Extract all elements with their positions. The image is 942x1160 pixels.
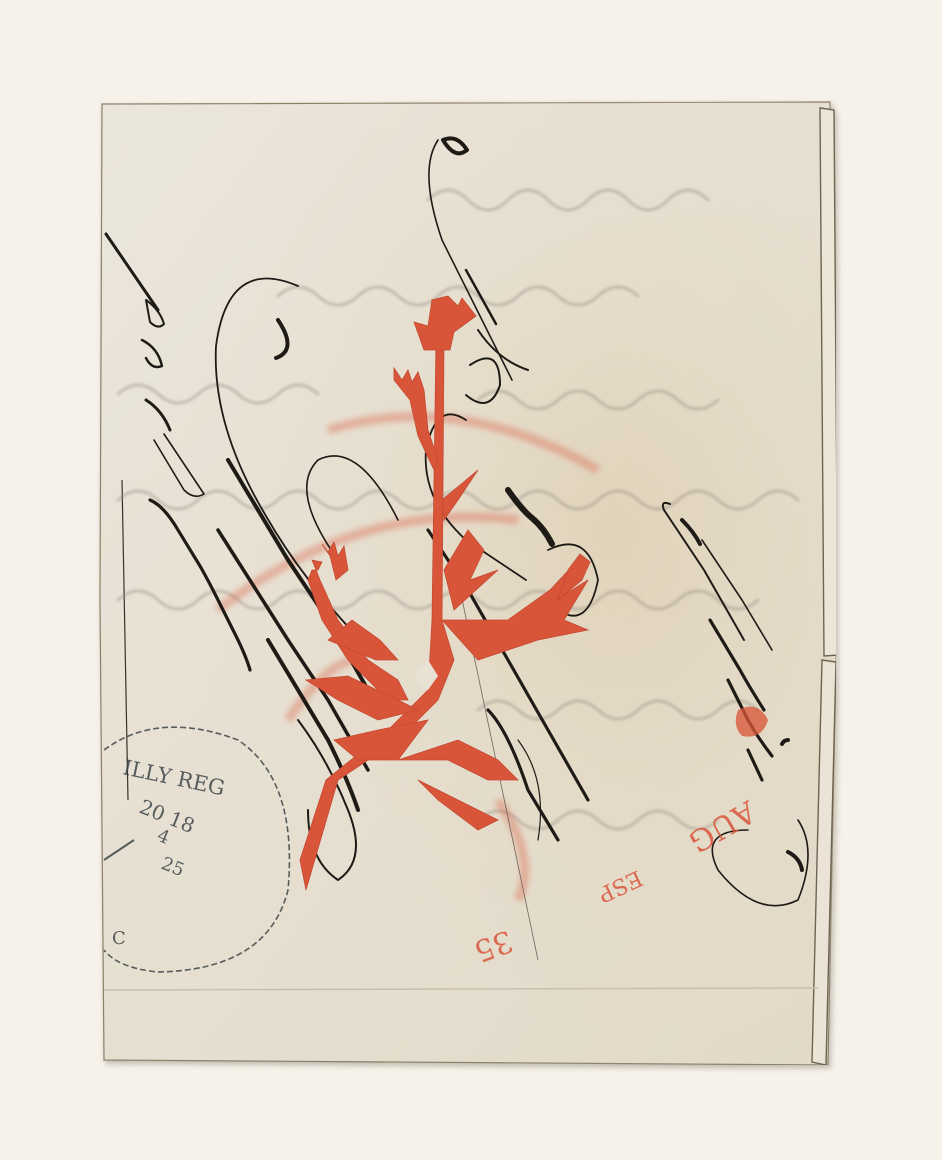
address-line: Madame	[0, 0, 1, 1]
photo-stage: Antique folded entire letter with a red …	[0, 0, 942, 1160]
image-subject: Antique folded entire letter with a red …	[0, 0, 1, 1]
svg-text:C: C	[112, 928, 126, 949]
address-line: par Bordeaux	[0, 0, 1, 1]
letter-paper: ILLY REG 20 18 4 25 C 35 ESP AUG	[98, 100, 836, 1065]
address-line: Monsieur	[0, 0, 1, 1]
postmark-label: ILLY REG	[0, 0, 1, 1]
decoration-label: red paper-cut sprig	[0, 0, 1, 1]
address-line: Monsieur	[0, 0, 1, 1]
